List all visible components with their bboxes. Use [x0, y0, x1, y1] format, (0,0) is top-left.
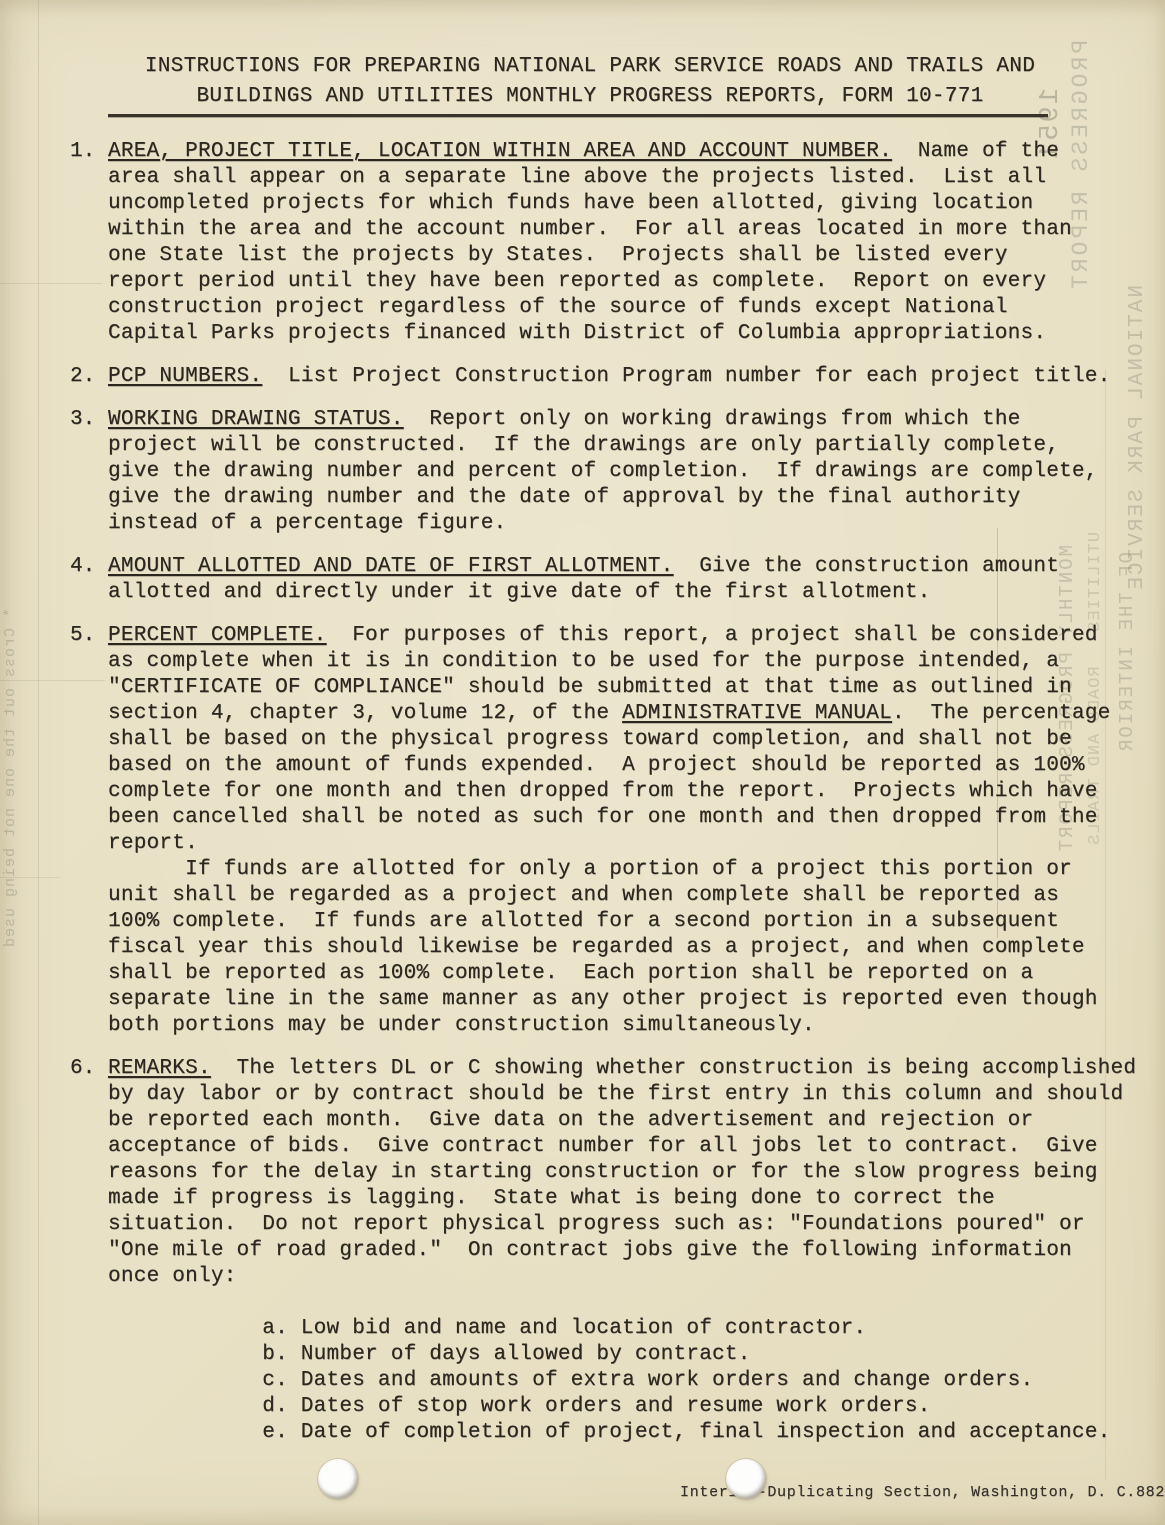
item-line: give the drawing number and the date of … — [108, 485, 1110, 511]
item-line: acceptance of bids. Give contract number… — [108, 1134, 1136, 1160]
text-run: acceptance of bids. Give contract number… — [108, 1135, 1098, 1158]
text-run: made if progress is lagging. State what … — [108, 1187, 995, 1210]
text-run: fiscal year this should likewise be rega… — [108, 936, 1085, 959]
text-run: Report only on working drawings from whi… — [404, 408, 1021, 431]
item-line: AMOUNT ALLOTTED AND DATE OF FIRST ALLOTM… — [108, 554, 1110, 580]
item-line: e. Date of completion of project, final … — [108, 1420, 1136, 1446]
item-body: REMARKS. The letters DL or C showing whe… — [108, 1056, 1136, 1446]
item-body: PERCENT COMPLETE. For purposes of this r… — [108, 623, 1111, 1039]
instruction-item: 1.AREA, PROJECT TITLE, LOCATION WITHIN A… — [70, 139, 1110, 347]
text-run: shall be reported as 100% complete. Each… — [108, 962, 1033, 985]
item-line: allotted and directly under it give date… — [108, 580, 1110, 606]
item-line: a. Low bid and name and location of cont… — [108, 1316, 1136, 1342]
item-line: unit shall be regarded as a project and … — [108, 883, 1111, 909]
title-underline — [108, 114, 1048, 117]
text-run: instead of a percentage figure. — [108, 512, 506, 535]
item-line: both portions may be under construction … — [108, 1013, 1111, 1039]
text-run: d. Dates of stop work orders and resume … — [108, 1395, 931, 1418]
text-run: area shall appear on a separate line abo… — [108, 166, 1046, 189]
punch-hole — [318, 1459, 358, 1499]
document-content: INSTRUCTIONS FOR PREPARING NATIONAL PARK… — [70, 52, 1110, 1446]
item-number: 4. — [70, 554, 108, 606]
text-run: by day labor or by contract should be th… — [108, 1083, 1123, 1106]
text-run: The letters DL or C showing whether cons… — [211, 1057, 1136, 1080]
item-line: once only: — [108, 1264, 1136, 1290]
item-number: 6. — [70, 1056, 108, 1446]
text-run: Name of the — [892, 140, 1059, 163]
instruction-list: 1.AREA, PROJECT TITLE, LOCATION WITHIN A… — [70, 139, 1110, 1446]
item-line: within the area and the account number. … — [108, 217, 1110, 243]
item-body: WORKING DRAWING STATUS. Report only on w… — [108, 407, 1110, 537]
item-line: shall be based on the physical progress … — [108, 727, 1111, 753]
item-line: uncompleted projects for which funds hav… — [108, 191, 1110, 217]
text-run: uncompleted projects for which funds hav… — [108, 192, 1033, 215]
item-line: situation. Do not report physical progre… — [108, 1212, 1136, 1238]
item-line: d. Dates of stop work orders and resume … — [108, 1394, 1136, 1420]
item-number: 2. — [70, 364, 108, 390]
text-run: If funds are allotted for only a portion… — [108, 858, 1072, 881]
text-run: "CERTIFICATE OF COMPLIANCE" should be su… — [108, 676, 1072, 699]
title-line-2: BUILDINGS AND UTILITIES MONTHLY PROGRESS… — [70, 82, 1110, 112]
text-run: once only: — [108, 1265, 237, 1288]
item-line: report period until they have been repor… — [108, 269, 1110, 295]
text-run: reasons for the delay in starting constr… — [108, 1161, 1098, 1184]
instruction-item: 4.AMOUNT ALLOTTED AND DATE OF FIRST ALLO… — [70, 554, 1110, 606]
item-line: project will be constructed. If the draw… — [108, 433, 1110, 459]
item-line: REMARKS. The letters DL or C showing whe… — [108, 1056, 1136, 1082]
instruction-item: 2.PCP NUMBERS. List Project Construction… — [70, 364, 1110, 390]
item-line: separate line in the same manner as any … — [108, 987, 1111, 1013]
text-run: Give the construction amount — [674, 555, 1060, 578]
text-run: both portions may be under construction … — [108, 1014, 815, 1037]
document-page: 1951 PROGRESS REPORT NATIONAL PARK SERVI… — [0, 0, 1165, 1525]
item-heading: PERCENT COMPLETE. — [108, 624, 327, 647]
item-heading: PCP NUMBERS. — [108, 365, 262, 388]
bleedthrough-text: OF THE INTERIOR — [1116, 552, 1138, 753]
item-heading: AMOUNT ALLOTTED AND DATE OF FIRST ALLOTM… — [108, 555, 674, 578]
underlined-phrase: ADMINISTRATIVE MANUAL — [622, 702, 892, 725]
text-run: section 4, chapter 3, volume 12, of the — [108, 702, 622, 725]
item-body: AMOUNT ALLOTTED AND DATE OF FIRST ALLOTM… — [108, 554, 1110, 606]
text-run: allotted and directly under it give date… — [108, 581, 931, 604]
item-line: one State list the projects by States. P… — [108, 243, 1110, 269]
item-line: by day labor or by contract should be th… — [108, 1082, 1136, 1108]
item-heading: WORKING DRAWING STATUS. — [108, 408, 404, 431]
bleedthrough-rule — [0, 877, 60, 878]
item-number: 1. — [70, 139, 108, 347]
text-run: within the area and the account number. … — [108, 218, 1072, 241]
document-title: INSTRUCTIONS FOR PREPARING NATIONAL PARK… — [70, 52, 1110, 117]
bleedthrough-text: NATIONAL PARK SERVICE — [1126, 285, 1149, 592]
text-run: give the drawing number and the date of … — [108, 486, 1021, 509]
item-line: b. Number of days allowed by contract. — [108, 1342, 1136, 1368]
item-line: be reported each month. Give data on the… — [108, 1108, 1136, 1134]
text-run: report. — [108, 832, 198, 855]
item-line: "One mile of road graded." On contract j… — [108, 1238, 1136, 1264]
text-run: give the drawing number and percent of c… — [108, 460, 1098, 483]
item-line: fiscal year this should likewise be rega… — [108, 935, 1111, 961]
item-line: complete for one month and then dropped … — [108, 779, 1111, 805]
bleedthrough-text: * Cross out the one not being used — [2, 608, 19, 948]
instruction-item: 6.REMARKS. The letters DL or C showing w… — [70, 1056, 1110, 1446]
text-run: c. Dates and amounts of extra work order… — [108, 1369, 1033, 1392]
text-run: complete for one month and then dropped … — [108, 780, 1098, 803]
item-line: "CERTIFICATE OF COMPLIANCE" should be su… — [108, 675, 1111, 701]
text-run: unit shall be regarded as a project and … — [108, 884, 1059, 907]
item-number: 3. — [70, 407, 108, 537]
text-run: shall be based on the physical progress … — [108, 728, 1072, 751]
text-run: based on the amount of funds expended. A… — [108, 754, 1085, 777]
item-line: PCP NUMBERS. List Project Construction P… — [108, 364, 1110, 390]
punch-hole — [726, 1459, 766, 1499]
text-run: For purposes of this report, a project s… — [327, 624, 1098, 647]
text-run: "One mile of road graded." On contract j… — [108, 1239, 1072, 1262]
text-run: Capital Parks projects financed with Dis… — [108, 322, 1046, 345]
text-run: a. Low bid and name and location of cont… — [108, 1317, 866, 1340]
item-line: construction project regardless of the s… — [108, 295, 1110, 321]
item-line: If funds are allotted for only a portion… — [108, 857, 1111, 883]
item-heading: AREA, PROJECT TITLE, LOCATION WITHIN ARE… — [108, 140, 892, 163]
item-line: reasons for the delay in starting constr… — [108, 1160, 1136, 1186]
title-line-1: INSTRUCTIONS FOR PREPARING NATIONAL PARK… — [70, 52, 1110, 82]
item-heading: REMARKS. — [108, 1057, 211, 1080]
text-run: report period until they have been repor… — [108, 270, 1046, 293]
bleedthrough-rule — [38, 0, 39, 1525]
text-run: separate line in the same manner as any … — [108, 988, 1098, 1011]
text-run: project will be constructed. If the draw… — [108, 434, 1059, 457]
item-line: instead of a percentage figure. — [108, 511, 1110, 537]
text-run: . The percentage — [892, 702, 1111, 725]
item-line: give the drawing number and percent of c… — [108, 459, 1110, 485]
item-line: been cancelled shall be noted as such fo… — [108, 805, 1111, 831]
item-line: report. — [108, 831, 1111, 857]
text-run: List Project Construction Program number… — [262, 365, 1110, 388]
item-line: section 4, chapter 3, volume 12, of the … — [108, 701, 1111, 727]
text-run: be reported each month. Give data on the… — [108, 1109, 1033, 1132]
text-run: construction project regardless of the s… — [108, 296, 1008, 319]
item-line: based on the amount of funds expended. A… — [108, 753, 1111, 779]
text-run: b. Number of days allowed by contract. — [108, 1343, 751, 1366]
item-line: c. Dates and amounts of extra work order… — [108, 1368, 1136, 1394]
item-line: Capital Parks projects financed with Dis… — [108, 321, 1110, 347]
text-run: as complete when it is in condition to b… — [108, 650, 1059, 673]
item-body: PCP NUMBERS. List Project Construction P… — [108, 364, 1110, 390]
item-line — [108, 1290, 1136, 1316]
item-line: shall be reported as 100% complete. Each… — [108, 961, 1111, 987]
text-run: been cancelled shall be noted as such fo… — [108, 806, 1098, 829]
item-line: WORKING DRAWING STATUS. Report only on w… — [108, 407, 1110, 433]
item-number: 5. — [70, 623, 108, 1039]
item-line: as complete when it is in condition to b… — [108, 649, 1111, 675]
text-run: e. Date of completion of project, final … — [108, 1421, 1110, 1444]
item-line: made if progress is lagging. State what … — [108, 1186, 1136, 1212]
item-line: AREA, PROJECT TITLE, LOCATION WITHIN ARE… — [108, 139, 1110, 165]
text-run: 100% complete. If funds are allotted for… — [108, 910, 1059, 933]
item-body: AREA, PROJECT TITLE, LOCATION WITHIN ARE… — [108, 139, 1110, 347]
instruction-item: 3.WORKING DRAWING STATUS. Report only on… — [70, 407, 1110, 537]
text-run: situation. Do not report physical progre… — [108, 1213, 1085, 1236]
instruction-item: 5.PERCENT COMPLETE. For purposes of this… — [70, 623, 1110, 1039]
text-run: one State list the projects by States. P… — [108, 244, 1008, 267]
item-line: 100% complete. If funds are allotted for… — [108, 909, 1111, 935]
item-line: PERCENT COMPLETE. For purposes of this r… — [108, 623, 1111, 649]
item-line: area shall appear on a separate line abo… — [108, 165, 1110, 191]
